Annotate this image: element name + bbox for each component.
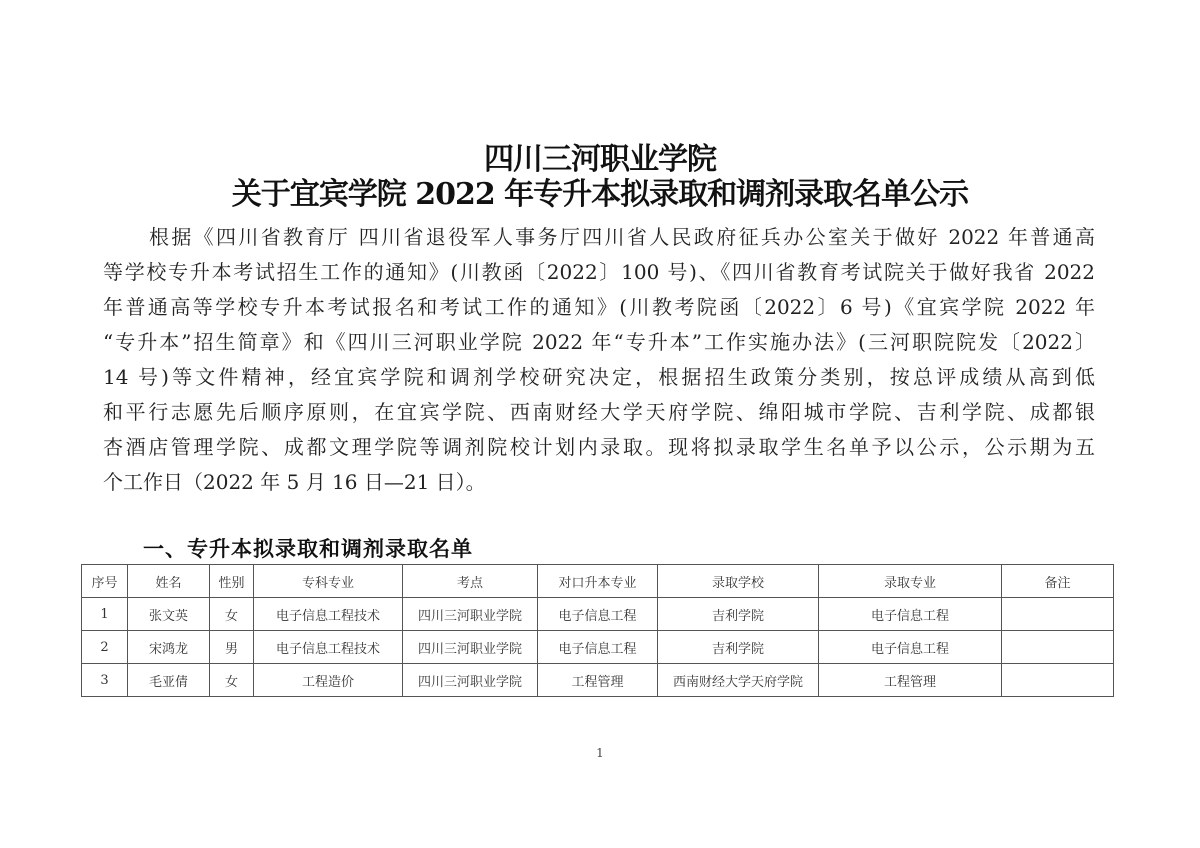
- cell-gender: 男: [210, 631, 254, 664]
- cell-exam-site: 四川三河职业学院: [403, 664, 538, 697]
- section-heading: 一、专升本拟录取和调剂录取名单: [143, 533, 473, 563]
- cell-exam-site: 四川三河职业学院: [403, 631, 538, 664]
- document-title-notice: 关于宜宾学院 2022 年专升本拟录取和调剂录取名单公示: [0, 169, 1200, 213]
- body-line-1: 根据《四川省教育厅 四川省退役军人事务厅四川省人民政府征兵办公室关于做好 202…: [103, 220, 1095, 255]
- cell-target-major: 电子信息工程: [538, 631, 658, 664]
- header-name: 姓名: [128, 565, 210, 598]
- cell-admitted-major: 工程管理: [819, 664, 1002, 697]
- body-paragraph: 根据《四川省教育厅 四川省退役军人事务厅四川省人民政府征兵办公室关于做好 202…: [103, 220, 1095, 500]
- cell-index: 3: [82, 664, 128, 697]
- cell-admitted-school: 吉利学院: [658, 598, 819, 631]
- cell-remarks: [1002, 598, 1114, 631]
- header-gender: 性别: [210, 565, 254, 598]
- cell-target-major: 工程管理: [538, 664, 658, 697]
- header-diploma-major: 专科专业: [254, 565, 403, 598]
- table-row: 1 张文英 女 电子信息工程技术 四川三河职业学院 电子信息工程 吉利学院 电子…: [82, 598, 1114, 631]
- body-line-5: 14 号)等文件精神，经宜宾学院和调剂学校研究决定，根据招生政策分类别，按总评成…: [103, 360, 1095, 395]
- cell-remarks: [1002, 664, 1114, 697]
- cell-gender: 女: [210, 598, 254, 631]
- table-row: 2 宋鸿龙 男 电子信息工程技术 四川三河职业学院 电子信息工程 吉利学院 电子…: [82, 631, 1114, 664]
- cell-admitted-school: 西南财经大学天府学院: [658, 664, 819, 697]
- cell-admitted-major: 电子信息工程: [819, 598, 1002, 631]
- cell-index: 2: [82, 631, 128, 664]
- table-row: 3 毛亚倩 女 工程造价 四川三河职业学院 工程管理 西南财经大学天府学院 工程…: [82, 664, 1114, 697]
- cell-diploma-major: 电子信息工程技术: [254, 631, 403, 664]
- page-number: 1: [0, 746, 1200, 760]
- body-line-8: 个工作日（2022 年 5 月 16 日—21 日）。: [103, 465, 1095, 500]
- cell-index: 1: [82, 598, 128, 631]
- cell-name: 毛亚倩: [128, 664, 210, 697]
- admission-table: 序号 姓名 性别 专科专业 考点 对口升本专业 录取学校 录取专业 备注 1 张…: [81, 564, 1114, 697]
- header-target-major: 对口升本专业: [538, 565, 658, 598]
- cell-gender: 女: [210, 664, 254, 697]
- cell-remarks: [1002, 631, 1114, 664]
- header-remarks: 备注: [1002, 565, 1114, 598]
- body-line-7: 杏酒店管理学院、成都文理学院等调剂院校计划内录取。现将拟录取学生名单予以公示，公…: [103, 430, 1095, 465]
- cell-admitted-school: 吉利学院: [658, 631, 819, 664]
- body-line-6: 和平行志愿先后顺序原则，在宜宾学院、西南财经大学天府学院、绵阳城市学院、吉利学院…: [103, 395, 1095, 430]
- body-line-4: “专升本”招生简章》和《四川三河职业学院 2022 年“专升本”工作实施办法》(…: [103, 325, 1095, 360]
- header-admitted-major: 录取专业: [819, 565, 1002, 598]
- cell-diploma-major: 电子信息工程技术: [254, 598, 403, 631]
- cell-name: 宋鸿龙: [128, 631, 210, 664]
- body-line-3: 年普通高等学校专升本考试报名和考试工作的通知》(川教考院函〔2022〕6 号)《…: [103, 290, 1095, 325]
- header-admitted-school: 录取学校: [658, 565, 819, 598]
- cell-diploma-major: 工程造价: [254, 664, 403, 697]
- cell-target-major: 电子信息工程: [538, 598, 658, 631]
- body-line-2: 等学校专升本考试招生工作的通知》(川教函〔2022〕100 号)、《四川省教育考…: [103, 255, 1095, 290]
- header-index: 序号: [82, 565, 128, 598]
- cell-exam-site: 四川三河职业学院: [403, 598, 538, 631]
- header-exam-site: 考点: [403, 565, 538, 598]
- cell-admitted-major: 电子信息工程: [819, 631, 1002, 664]
- cell-name: 张文英: [128, 598, 210, 631]
- table-header-row: 序号 姓名 性别 专科专业 考点 对口升本专业 录取学校 录取专业 备注: [82, 565, 1114, 598]
